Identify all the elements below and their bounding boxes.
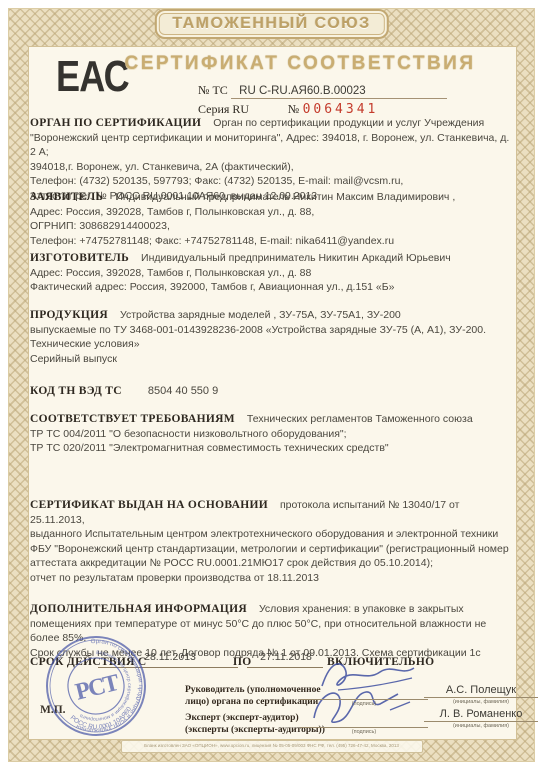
section-label: КОД ТН ВЭД ТС [30,385,122,397]
certificate-page: ТАМОЖЕННЫЙ СОЮЗ ЕАС СЕРТИФИКАТ СООТВЕТСТ… [0,0,543,768]
head-name: А.С. Полещук [424,684,538,696]
tnved-code-value: 8504 40 550 9 [148,385,218,397]
section-production: ПРОДУКЦИЯУстройства зарядные моделей , З… [30,308,514,366]
certificate-number-row: № ТС RU C-RU.АЯ60.В.00023 [198,83,447,99]
section-text: Орган по сертификации продукции и услуг … [30,117,509,202]
section-label: ЗАЯВИТЕЛЬ [30,191,103,203]
section-label: ИЗГОТОВИТЕЛЬ [30,252,129,264]
certificate-title: СЕРТИФИКАТ СООТВЕТСТВИЯ [110,53,490,75]
customs-union-badge: ТАМОЖЕННЫЙ СОЮЗ [154,9,388,39]
section-label: ПРОДУКЦИЯ [30,309,108,321]
series-no-prefix: № [288,102,299,116]
section-applicant: ЗАЯВИТЕЛЬИндивидуальный предприниматель … [30,190,514,248]
signature-caption: (подпись) [300,701,428,707]
section-tnved-code: КОД ТН ВЭД ТС8504 40 550 9 [30,384,514,399]
expert-name: Л. В. Романенко [424,708,538,720]
series-row: Серия RU № 0064341 [198,102,378,117]
section-complies-with: СООТВЕТСТВУЕТ ТРЕБОВАНИЯМТехнических рег… [30,412,514,456]
name-line [424,721,538,722]
name-line [424,697,538,698]
section-manufacturer: ИЗГОТОВИТЕЛЬИндивидуальный предпринимате… [30,251,514,295]
stamp-center-mark: РСТ [73,670,122,706]
signature-line [300,699,428,700]
section-issued-on-basis: СЕРТИФИКАТ ВЫДАН НА ОСНОВАНИИпротокола и… [30,498,514,585]
name-caption: (инициалы, фамилия) [424,699,538,705]
certificate-number-value: RU C-RU.АЯ60.В.00023 [231,85,447,99]
series-number: 0064341 [303,102,379,117]
signature-caption: (подпись) [300,729,428,735]
section-label: СЕРТИФИКАТ ВЫДАН НА ОСНОВАНИИ [30,499,268,511]
section-label: СООТВЕТСТВУЕТ ТРЕБОВАНИЯМ [30,413,235,425]
signature-stroke [314,692,398,722]
series-label: Серия RU [198,102,249,116]
section-label: ДОПОЛНИТЕЛЬНАЯ ИНФОРМАЦИЯ [30,603,247,615]
section-label: ОРГАН ПО СЕРТИФИКАЦИИ [30,117,201,129]
signature-line [300,727,428,728]
section-text: протокола испытаний № 13040/17 от 25.11.… [30,499,509,584]
certificate-number-label: № ТС [198,83,228,97]
blank-manufacturer-print: Бланк изготовлен ЗАО «ОПЦИОН», www.opcio… [121,740,423,753]
name-caption: (инициалы, фамилия) [424,723,538,729]
